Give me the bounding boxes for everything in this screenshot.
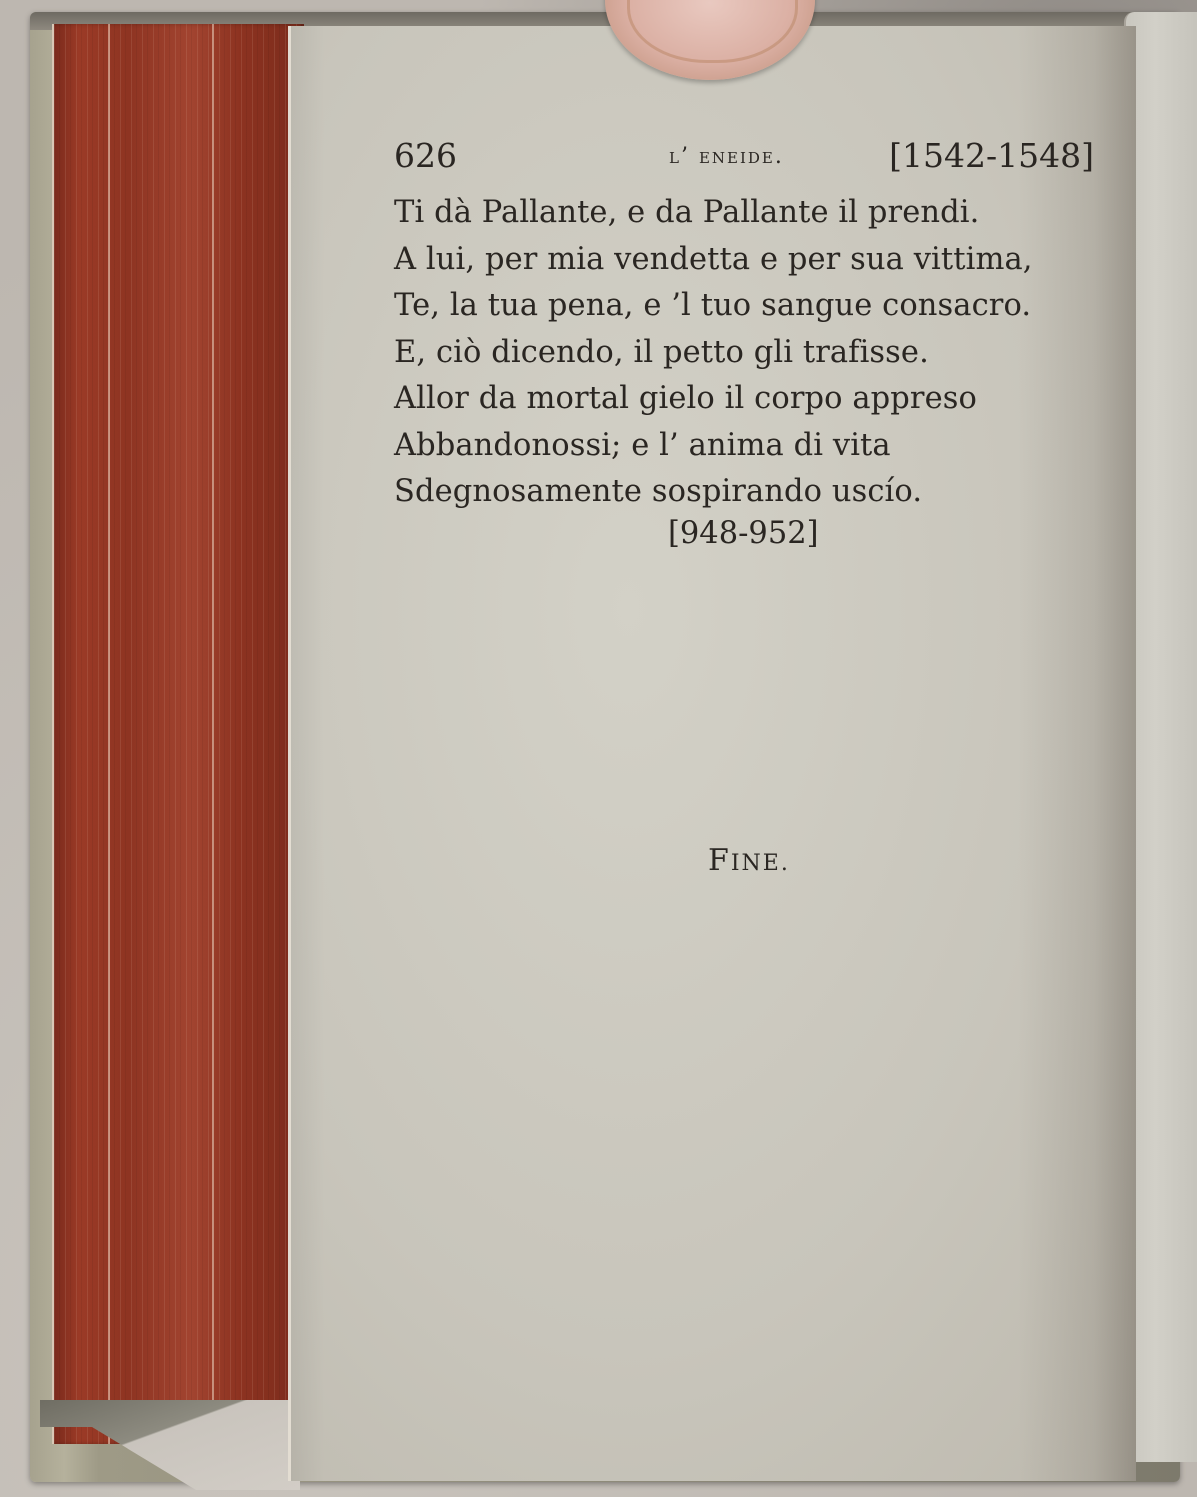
verse-line: Abbandonossi; e l’ anima di vita — [394, 423, 1094, 470]
end-mark-initial: F — [708, 843, 731, 878]
verse-line: Ti dà Pallante, e da Pallante il prendi. — [394, 190, 1094, 237]
page-number: 626 — [394, 136, 457, 175]
running-title: L’ ENEIDE. — [669, 144, 784, 169]
verse-line: Sdegnosamente sospirando uscío. — [394, 469, 1094, 516]
line-range: [1542-1548] — [889, 136, 1094, 175]
verse-reference: [948-952] — [668, 516, 819, 551]
verse-block: Ti dà Pallante, e da Pallante il prendi.… — [394, 190, 1094, 516]
page-header: 626 L’ ENEIDE. [1542-1548] — [394, 136, 1094, 180]
red-page-edges — [52, 24, 304, 1444]
verse-line: Allor da mortal gielo il corpo appreso — [394, 376, 1094, 423]
verse-line: E, ciò dicendo, il petto gli trafisse. — [394, 330, 1094, 377]
end-mark-rest: ine. — [731, 851, 790, 876]
verse-line: A lui, per mia vendetta e per sua vittim… — [394, 237, 1094, 284]
verse-line: Te, la tua pena, e ’l tuo sangue consacr… — [394, 283, 1094, 330]
end-mark: Fine. — [708, 843, 790, 878]
